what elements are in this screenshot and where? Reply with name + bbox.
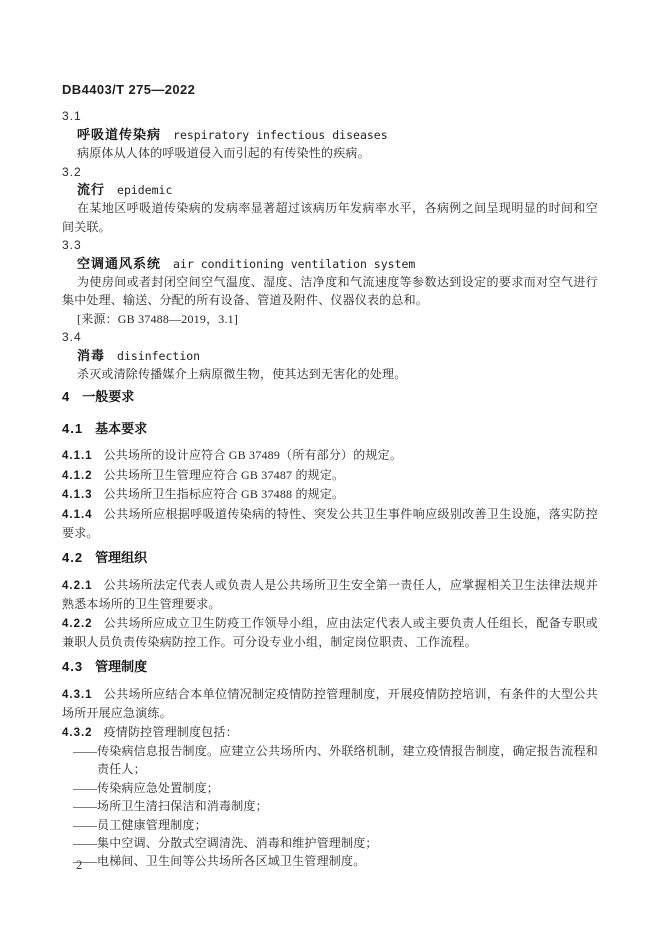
section-heading: 4一般要求	[62, 388, 598, 406]
document-page: DB4403/T 275—2022 3.1呼吸道传染病respiratory i…	[0, 0, 662, 936]
clause-number: 4.2.1	[62, 580, 93, 592]
dash-list-item: ——传染病信息报告制度。应建立公共场所内、外联络机制，建立疫情报告制度，确定报告…	[73, 742, 598, 779]
dash-list-item: ——员工健康管理制度；	[73, 816, 598, 834]
dash-list-item: ——电梯间、卫生间等公共场所各区域卫生管理制度。	[73, 852, 598, 870]
clause-text: 公共场所卫生管理应符合 GB 37487 的规定。	[104, 468, 345, 482]
term-chinese: 流行	[77, 182, 105, 197]
dash-list-item: ——场所卫生清扫保洁和消毒制度；	[73, 797, 598, 815]
clause: 4.1.4公共场所应根据呼吸道传染病的特性、突发公共卫生事件响应级别改善卫生设施…	[62, 505, 598, 543]
heading-number: 4.2	[62, 550, 83, 565]
heading-title: 基本要求	[95, 421, 147, 436]
dash-prefix: ——	[73, 818, 97, 832]
clause-number: 4.1.1	[62, 450, 93, 462]
clause-number: 4.3.2	[62, 727, 93, 739]
subsection-heading: 4.3管理制度	[62, 658, 598, 676]
dash-prefix: ——	[73, 744, 97, 758]
term-english: air conditioning ventilation system	[173, 257, 415, 271]
clause-text: 公共场所应成立卫生防疫工作领导小组，应由法定代表人或主要负责人任组长，配备专职或…	[62, 616, 598, 649]
clause: 4.3.2疫情防控管理制度包括：	[62, 723, 598, 742]
dash-item-text: 传染病应急处置制度；	[97, 781, 219, 795]
term-english: disinfection	[117, 349, 200, 363]
heading-title: 管理制度	[95, 659, 147, 674]
heading-number: 4	[62, 389, 70, 404]
clause-text: 疫情防控管理制度包括：	[104, 725, 238, 739]
clause: 4.2.2公共场所应成立卫生防疫工作领导小组，应由法定代表人或主要负责人任组长，…	[62, 614, 598, 652]
dash-list-item: ——传染病应急处置制度；	[73, 779, 598, 797]
term-chinese: 空调通风系统	[77, 256, 161, 271]
term-chinese: 消毒	[77, 348, 105, 363]
term-english: epidemic	[117, 183, 172, 197]
clause: 4.3.1公共场所应结合本单位情况制定疫情防控管理制度，开展疫情防控培训，有条件…	[62, 685, 598, 723]
clause: 4.1.3公共场所卫生指标应符合 GB 37488 的规定。	[62, 485, 598, 504]
dash-prefix: ——	[73, 836, 97, 850]
clause: 4.2.1公共场所法定代表人或负责人是公共场所卫生安全第一责任人，应掌握相关卫生…	[62, 576, 598, 614]
dash-item-text: 集中空调、分散式空调清洗、消毒和维护管理制度；	[97, 836, 378, 850]
heading-title: 管理组织	[95, 550, 147, 565]
dash-item-text: 电梯间、卫生间等公共场所各区域卫生管理制度。	[97, 854, 365, 868]
dash-item-text: 员工健康管理制度；	[97, 818, 207, 832]
paragraph: 病原体从人体的呼吸道侵入而引起的有传染性的疾病。	[62, 144, 598, 162]
document-content: DB4403/T 275—2022 3.1呼吸道传染病respiratory i…	[62, 0, 598, 871]
dash-item-text: 场所卫生清扫保洁和消毒制度；	[97, 799, 268, 813]
source-note: [来源：GB 37488—2019，3.1]	[62, 310, 598, 328]
term-number: 3.2	[62, 163, 598, 181]
clause-text: 公共场所应结合本单位情况制定疫情防控管理制度，开展疫情防控培训，有条件的大型公共…	[62, 687, 598, 720]
running-header: DB4403/T 275—2022	[62, 81, 598, 99]
clause-text: 公共场所卫生指标应符合 GB 37488 的规定。	[104, 487, 345, 501]
clause-number: 4.1.4	[62, 509, 93, 521]
term-number: 3.4	[62, 328, 598, 346]
term-heading: 消毒disinfection	[62, 347, 598, 365]
heading-number: 4.3	[62, 659, 83, 674]
page-number: 2	[76, 856, 82, 874]
clause-text: 公共场所法定代表人或负责人是公共场所卫生安全第一责任人，应掌握相关卫生法律法规并…	[62, 578, 598, 611]
term-chinese: 呼吸道传染病	[77, 127, 161, 142]
clause: 4.1.1公共场所的设计应符合 GB 37489（所有部分）的规定。	[62, 446, 598, 465]
dash-prefix: ——	[73, 799, 97, 813]
subsection-heading: 4.1基本要求	[62, 420, 598, 438]
document-body: 3.1呼吸道传染病respiratory infectious diseases…	[62, 107, 598, 870]
clause-number: 4.3.1	[62, 689, 93, 701]
term-heading: 空调通风系统air conditioning ventilation syste…	[62, 255, 598, 273]
clause-number: 4.1.3	[62, 489, 93, 501]
clause-text: 公共场所应根据呼吸道传染病的特性、突发公共卫生事件响应级别改善卫生设施，落实防控…	[62, 507, 598, 540]
term-number: 3.1	[62, 107, 598, 125]
paragraph: 为使房间或者封闭空间空气温度、湿度、洁净度和气流速度等参数达到设定的要求而对空气…	[62, 273, 598, 310]
heading-title: 一般要求	[82, 389, 134, 404]
dash-list-item: ——集中空调、分散式空调清洗、消毒和维护管理制度；	[73, 834, 598, 852]
term-heading: 呼吸道传染病respiratory infectious diseases	[62, 126, 598, 144]
subsection-heading: 4.2管理组织	[62, 549, 598, 567]
term-number: 3.3	[62, 236, 598, 254]
dash-prefix: ——	[73, 781, 97, 795]
clause-number: 4.1.2	[62, 470, 93, 482]
clause-number: 4.2.2	[62, 618, 93, 630]
heading-number: 4.1	[62, 421, 83, 436]
term-english: respiratory infectious diseases	[173, 128, 388, 142]
clause-text: 公共场所的设计应符合 GB 37489（所有部分）的规定。	[104, 448, 402, 462]
term-heading: 流行epidemic	[62, 181, 598, 199]
clause: 4.1.2公共场所卫生管理应符合 GB 37487 的规定。	[62, 466, 598, 485]
paragraph: 杀灭或清除传播媒介上病原微生物，使其达到无害化的处理。	[62, 365, 598, 383]
paragraph: 在某地区呼吸道传染病的发病率显著超过该病历年发病率水平，各病例之间呈现明显的时间…	[62, 199, 598, 236]
dash-item-text: 传染病信息报告制度。应建立公共场所内、外联络机制，建立疫情报告制度，确定报告流程…	[97, 744, 598, 776]
